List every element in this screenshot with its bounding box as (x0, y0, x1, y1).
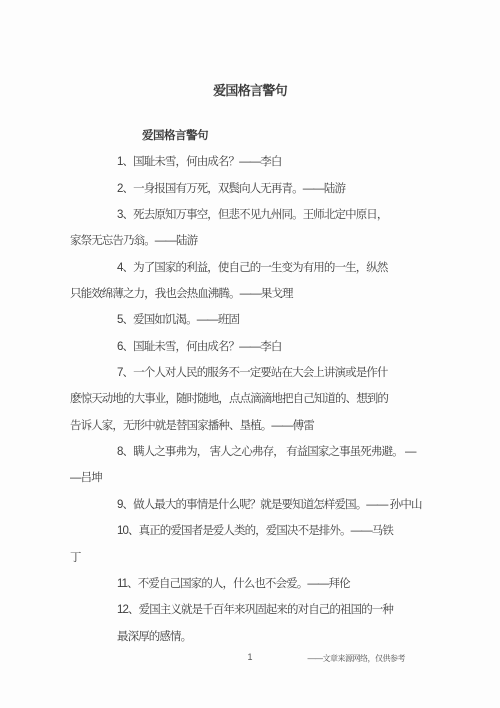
source-note: ——文章来源网络，仅供参考 (308, 653, 406, 664)
quote-line: 12、爱国主义就是千百年来巩固起来的对自己的祖国的一种 (117, 597, 450, 623)
page-footer: 1 ——文章来源网络，仅供参考 (0, 652, 500, 668)
page-title: 爱国格言警句 (0, 80, 500, 99)
quote-line: 6、国耻未雪，何由成名？——李白 (117, 334, 450, 360)
quote-line: 家祭无忘告乃翁。——陆游 (70, 228, 450, 254)
quote-line: 告诉人家，无形中就是替国家播种、垦植。——傅雷 (70, 413, 450, 439)
page-number: 1 (0, 652, 500, 662)
quote-line: 11、不爱自己国家的人，什么也不会爱。——拜伦 (117, 571, 450, 597)
quote-line: 8、瞒人之事弗为， 害人之心弗存， 有益国家之事虽死弗避。 — (117, 439, 450, 465)
quote-line: 1、国耻未雪，何由成名？——李白 (117, 149, 450, 175)
quote-line: 只能效绵薄之力，我也会热血沸腾。——果戈理 (70, 281, 450, 307)
quote-line: —吕坤 (70, 465, 450, 491)
quote-line: 丁 (70, 545, 450, 571)
quote-line: 最深厚的感情。 (117, 624, 450, 650)
section-heading: 爱国格言警句 (142, 123, 450, 149)
quote-line: 9、做人最大的事情是什么呢？就是要知道怎样爱国。—— 孙中山 (117, 492, 450, 518)
quote-line: 7、一个人对人民的服务不一定要站在大会上讲演或是作什 (117, 360, 450, 386)
document-body: 爱国格言警句 1、国耻未雪，何由成名？——李白2、一身报国有万死，双鬓向人无再青… (70, 123, 450, 650)
quote-line: 10、真正的爱国者是爱人类的，爱国决不是排外。——马铁 (117, 518, 450, 544)
document-page: 爱国格言警句 爱国格言警句 1、国耻未雪，何由成名？——李白2、一身报国有万死，… (0, 0, 500, 708)
quote-line: 4、为了国家的利益，使自己的一生变为有用的一生，纵然 (117, 255, 450, 281)
quote-line: 2、一身报国有万死，双鬓向人无再青。——陆游 (117, 176, 450, 202)
quote-line: 3、死去原知万事空，但悲不见九州同。王师北定中原日， (117, 202, 450, 228)
quote-list: 1、国耻未雪，何由成名？——李白2、一身报国有万死，双鬓向人无再青。——陆游3、… (70, 149, 450, 650)
quote-line: 5、爱国如饥渴。——班固 (117, 307, 450, 333)
quote-line: 麽惊天动地的大事业，随时随地，点点滴滴地把自己知道的、想到的 (70, 386, 450, 412)
